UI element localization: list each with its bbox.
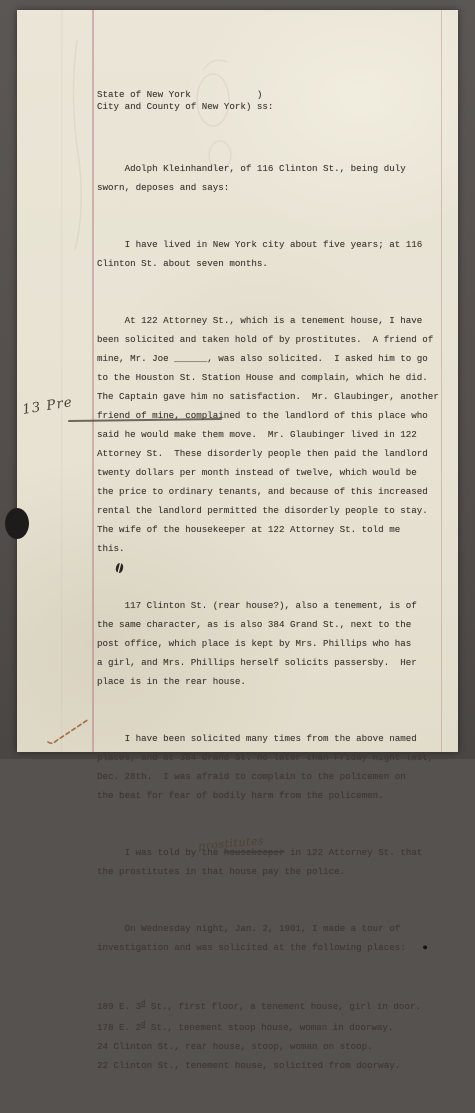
caption-line-2: City and County of New York) ss: [97, 101, 273, 112]
paper-crease [61, 10, 64, 752]
paragraph-117-clinton: 117 Clinton St. (rear house?), also a te… [97, 596, 449, 691]
paragraph-122-attorney: At 122 Attorney St., which is a tenement… [97, 311, 449, 558]
affidavit-page: State of New York ) City and County of N… [17, 10, 458, 752]
underlined-address: 117 Clinton St. [125, 600, 208, 611]
paragraph-solicited: I have been solicited many times from th… [97, 729, 449, 759]
paragraph-117-clinton-rest: (rear house?), also a tenement, is of th… [97, 600, 417, 687]
caption-line-1: State of New York ) [97, 89, 262, 100]
paragraph-residence: I have lived in New York city about five… [97, 235, 449, 273]
binding-hole [5, 508, 29, 539]
red-ink-checkmark [45, 712, 97, 746]
indent [97, 600, 125, 611]
jurat-caption: State of New York ) City and County of N… [97, 89, 449, 113]
left-margin-rule [92, 10, 94, 752]
typed-text-block: State of New York ) City and County of N… [97, 51, 449, 759]
paragraph-deponent: Adolph Kleinhandler, of 116 Clinton St.,… [97, 159, 449, 197]
